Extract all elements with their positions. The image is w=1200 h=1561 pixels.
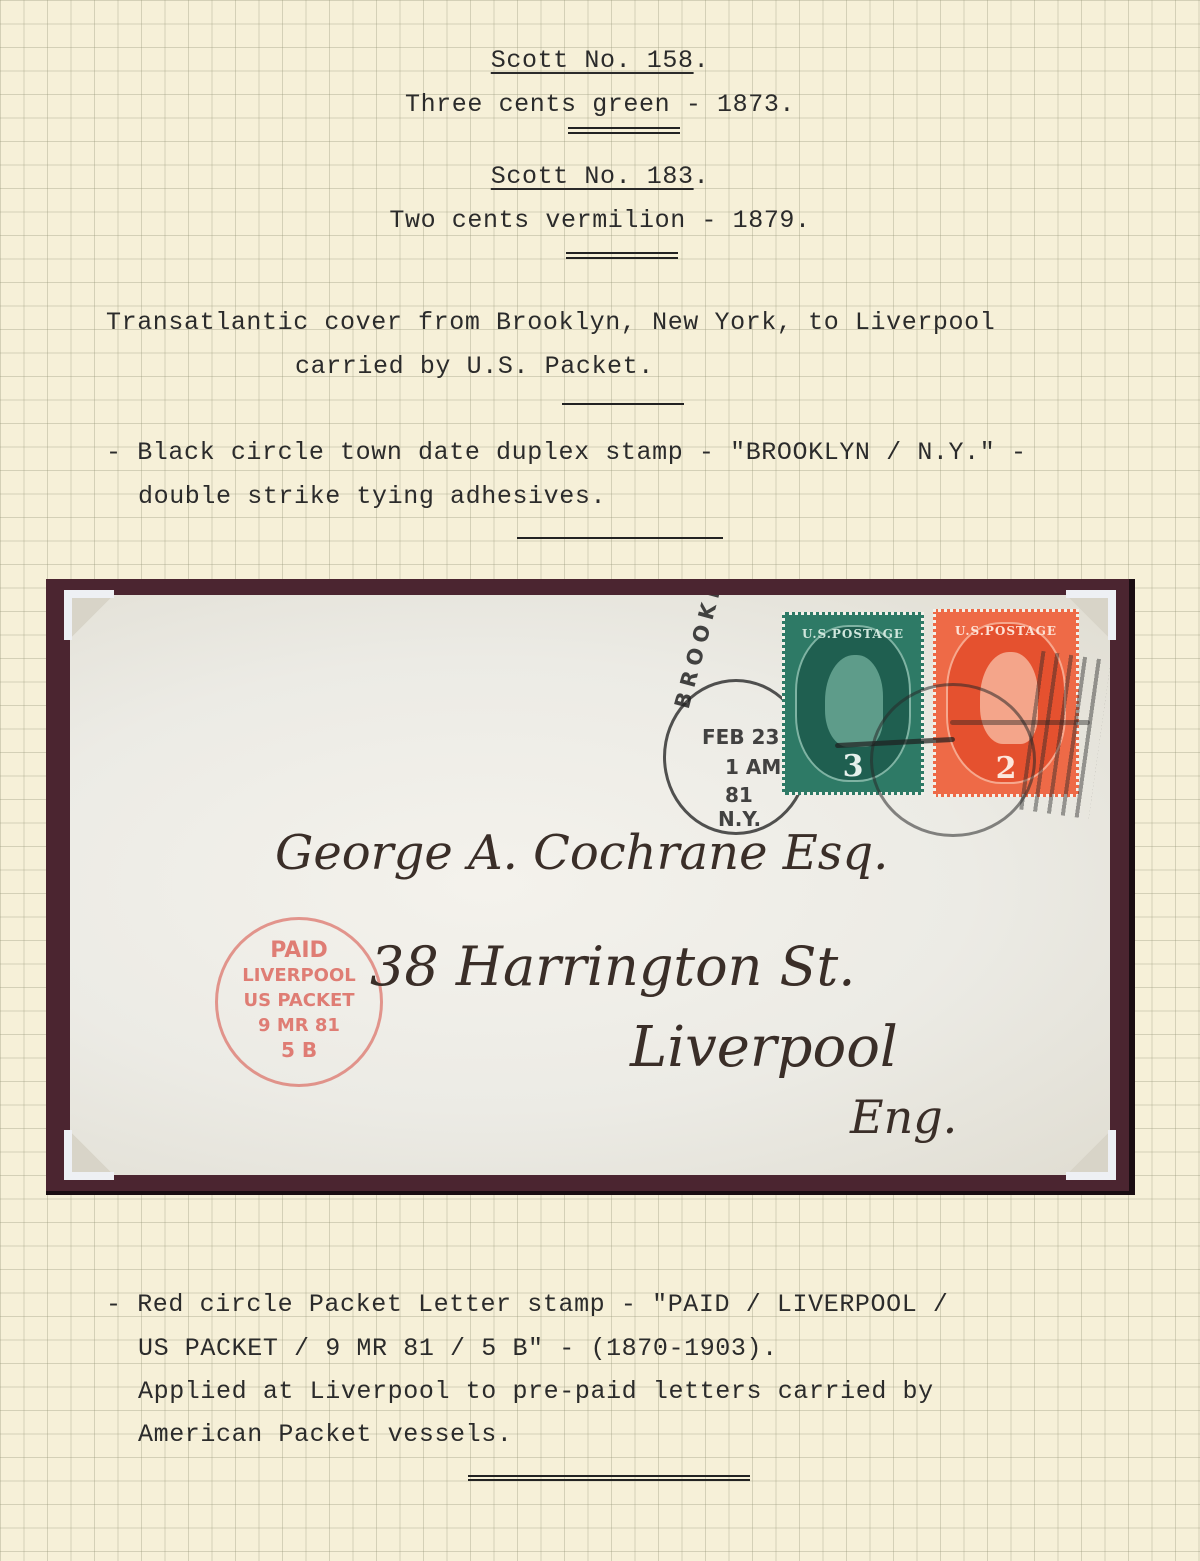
address-street: 38 Harrington St. [370, 935, 855, 998]
envelope-cover: BROOKLYN FEB 23 1 AM 81 N.Y. U.S.POSTAGE… [70, 595, 1110, 1175]
postmark-year: 81 [725, 783, 753, 807]
photo-corner [64, 1130, 114, 1180]
scott-number-183: Scott No. 183. [0, 162, 1200, 191]
scott-number-158: Scott No. 158. [0, 46, 1200, 75]
closing-rule [468, 1475, 750, 1481]
double-rule [566, 252, 678, 259]
note1-line-1: - Black circle town date duplex stamp - … [106, 438, 1027, 467]
postmark-time: 1 AM [725, 755, 781, 779]
liverpool-packet-postmark: PAID LIVERPOOL US PACKET 9 MR 81 5 B [215, 917, 383, 1087]
note2-line-1: - Red circle Packet Letter stamp - "PAID… [106, 1290, 949, 1319]
stamp-description-158: Three cents green - 1873. [0, 90, 1200, 119]
photo-corner [64, 590, 114, 640]
brooklyn-postmark-second-strike [870, 683, 1036, 837]
address-city: Liverpool [630, 1015, 898, 1080]
photo-corner [1066, 590, 1116, 640]
note2-line-4: American Packet vessels. [138, 1420, 512, 1449]
section-rule [562, 403, 684, 405]
note1-line-2: double strike tying adhesives. [138, 482, 606, 511]
note2-line-3: Applied at Liverpool to pre-paid letters… [138, 1377, 934, 1406]
address-country: Eng. [850, 1090, 957, 1144]
section-rule [517, 537, 723, 539]
address-name: George A. Cochrane Esq. [275, 825, 888, 881]
photo-corner [1066, 1130, 1116, 1180]
intro-line-2: carried by U.S. Packet. [295, 352, 654, 381]
intro-line-1: Transatlantic cover from Brooklyn, New Y… [106, 308, 995, 337]
stamp-description-183: Two cents vermilion - 1879. [0, 206, 1200, 235]
postmark-date: FEB 23 [702, 725, 779, 749]
note2-line-2: US PACKET / 9 MR 81 / 5 B" - (1870-1903)… [138, 1334, 778, 1363]
double-rule [568, 127, 680, 134]
